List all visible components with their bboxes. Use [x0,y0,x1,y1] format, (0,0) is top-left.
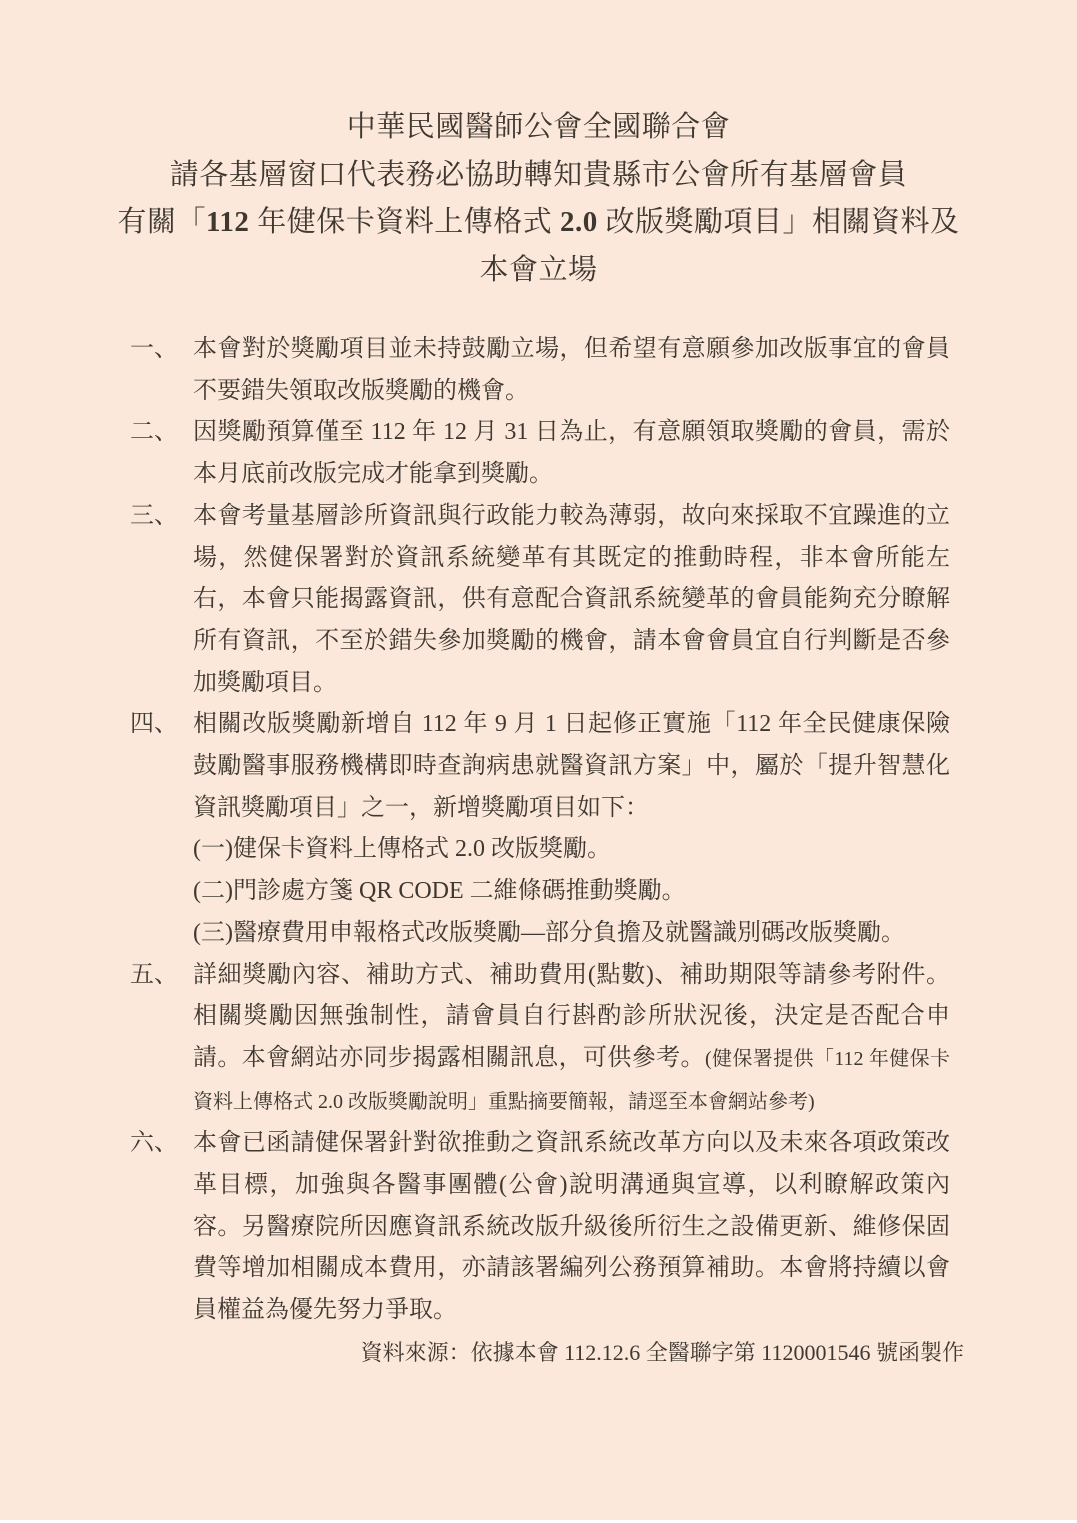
item-text: 詳細獎勵內容、補助方式、補助費用(點數)、補助期限等請參考附件。相關獎勵因無強制… [193,955,950,1124]
sub-item-1: (一)健保卡資料上傳格式 2.0 改版獎勵。 [193,829,950,871]
list-item-6: 六、 本會已函請健保署針對欲推動之資訊系統改革方向以及未來各項政策改革目標，加強… [130,1123,950,1332]
item-text: 相關改版獎勵新增自 112 年 9 月 1 日起修正實施「112 年全民健康保險… [193,704,950,954]
document-page: 中華民國醫師公會全國聯合會 請各基層窗口代表務必協助轉知貴縣市公會所有基層會員 … [0,0,1077,1523]
document-body: 一、 本會對於獎勵項目並未持鼓勵立場，但希望有意願參加改版事宜的會員不要錯失領取… [130,329,950,1374]
item-text: 本會對於獎勵項目並未持鼓勵立場，但希望有意願參加改版事宜的會員不要錯失領取改版獎… [193,329,950,412]
list-item-3: 三、 本會考量基層診所資訊與行政能力較為薄弱，故向來採取不宜躁進的立場，然健保署… [130,496,950,705]
item-text: 本會考量基層診所資訊與行政能力較為薄弱，故向來採取不宜躁進的立場，然健保署對於資… [193,496,950,705]
sub-item-2: (二)門診處方箋 QR CODE 二維條碼推動獎勵。 [193,871,950,913]
title-line-1: 中華民國醫師公會全國聯合會 [0,104,1077,152]
list-item-5: 五、 詳細獎勵內容、補助方式、補助費用(點數)、補助期限等請參考附件。相關獎勵因… [130,955,950,1124]
item-number: 四、 [130,704,193,954]
item-text: 因獎勵預算僅至 112 年 12 月 31 日為止，有意願領取獎勵的會員，需於本… [193,412,950,495]
list-item-2: 二、 因獎勵預算僅至 112 年 12 月 31 日為止，有意願領取獎勵的會員，… [130,412,950,495]
item-number: 二、 [130,412,193,495]
document-title: 中華民國醫師公會全國聯合會 請各基層窗口代表務必協助轉知貴縣市公會所有基層會員 … [0,0,1077,294]
item-number: 一、 [130,329,193,412]
title-line-3-mid: 年健保卡資料上傳格式 [249,206,560,238]
title-line-3-prefix: 有關「 [118,206,207,238]
title-line-3: 有關「112 年健保卡資料上傳格式 2.0 改版獎勵項目」相關資料及 [0,199,1077,247]
list-item-4: 四、 相關改版獎勵新增自 112 年 9 月 1 日起修正實施「112 年全民健… [130,704,950,954]
item-number: 三、 [130,496,193,705]
title-line-4: 本會立場 [0,247,1077,295]
title-line-3-year: 112 [206,206,249,238]
item-text: 本會已函請健保署針對欲推動之資訊系統改革方向以及未來各項政策改革目標，加強與各醫… [193,1123,950,1332]
title-line-3-suffix: 改版獎勵項目」相關資料及 [598,206,960,238]
sub-item-3: (三)醫療費用申報格式改版獎勵—部分負擔及就醫識別碼改版獎勵。 [193,913,950,955]
title-line-2: 請各基層窗口代表務必協助轉知貴縣市公會所有基層會員 [0,152,1077,200]
item-number: 六、 [130,1123,193,1332]
item-text-main: 相關改版獎勵新增自 112 年 9 月 1 日起修正實施「112 年全民健康保險… [193,711,950,820]
list-item-1: 一、 本會對於獎勵項目並未持鼓勵立場，但希望有意願參加改版事宜的會員不要錯失領取… [130,329,950,412]
title-line-3-version: 2.0 [560,206,598,238]
item-number: 五、 [130,955,193,1124]
source-note: 資料來源：依據本會 112.12.6 全醫聯字第 1120001546 號函製作 [130,1332,964,1374]
